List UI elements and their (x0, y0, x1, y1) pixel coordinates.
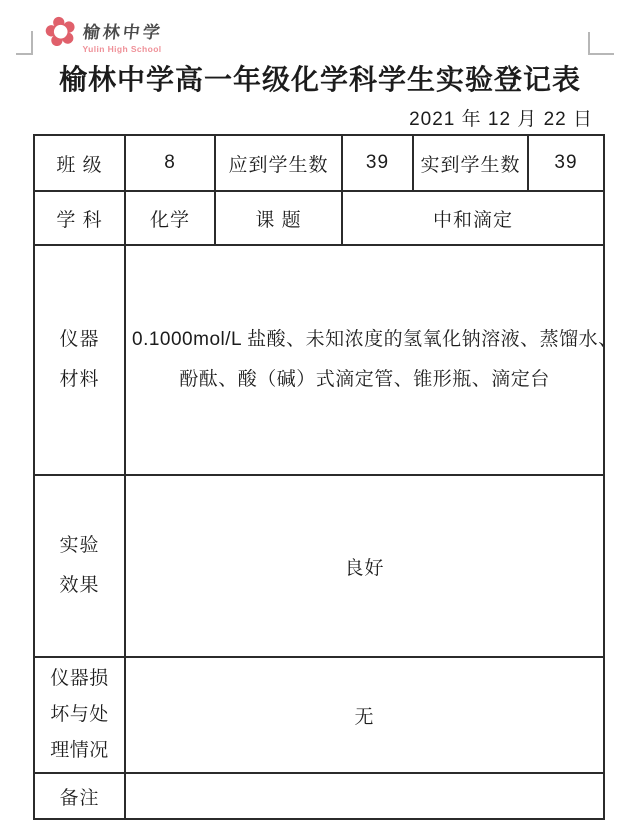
subject-value-cell: 化学 (125, 191, 215, 245)
class-value-cell: 8 (125, 135, 215, 191)
school-logo: ✿ 榆林中学 Yulin High School (44, 10, 163, 54)
materials-value-cell: 0.1000mol/L 盐酸、未知浓度的氢氧化钠溶液、蒸馏水、 酚酞、酸（碱）式… (125, 245, 604, 475)
remarks-label-cell: 备注 (34, 773, 125, 819)
text-boundary-corner-right-icon (588, 32, 614, 55)
experiment-registration-table: 班 级 8 应到学生数 39 实到学生数 39 学 科 化学 课 题 中和滴定 … (33, 134, 605, 820)
school-name-en: Yulin High School (83, 44, 163, 54)
table-row: 班 级 8 应到学生数 39 实到学生数 39 (34, 135, 604, 191)
class-label-cell: 班 级 (34, 135, 125, 191)
table-row: 仪器 材料 0.1000mol/L 盐酸、未知浓度的氢氧化钠溶液、蒸馏水、 酚酞… (34, 245, 604, 475)
remarks-value-cell (125, 773, 604, 819)
flower-logo-icon: ✿ (40, 7, 82, 57)
expected-students-value-cell: 39 (342, 135, 413, 191)
expected-students-label-cell: 应到学生数 (215, 135, 342, 191)
school-name-zh: 榆林中学 (81, 18, 164, 43)
table-row: 仪器损 坏与处 理情况 无 (34, 657, 604, 773)
actual-students-label-cell: 实到学生数 (413, 135, 528, 191)
form-date: 2021 年 12 月 22 日 (409, 104, 593, 131)
subject-label-cell: 学 科 (34, 191, 125, 245)
actual-students-value-cell: 39 (528, 135, 604, 191)
topic-label-cell: 课 题 (215, 191, 342, 245)
topic-value-cell: 中和滴定 (342, 191, 604, 245)
table-row: 学 科 化学 课 题 中和滴定 (34, 191, 604, 245)
text-boundary-corner-left-icon (16, 31, 33, 55)
table-row: 实验 效果 良好 (34, 475, 604, 657)
table-row: 备注 (34, 773, 604, 819)
damage-label-cell: 仪器损 坏与处 理情况 (34, 657, 125, 773)
form-page: ✿ 榆林中学 Yulin High School 榆林中学高一年级化学科学生实验… (0, 0, 640, 836)
materials-label-cell: 仪器 材料 (34, 245, 125, 475)
result-value-cell: 良好 (125, 475, 604, 657)
result-label-cell: 实验 效果 (34, 475, 125, 657)
damage-value-cell: 无 (125, 657, 604, 773)
page-title: 榆林中学高一年级化学科学生实验登记表 (0, 58, 640, 98)
